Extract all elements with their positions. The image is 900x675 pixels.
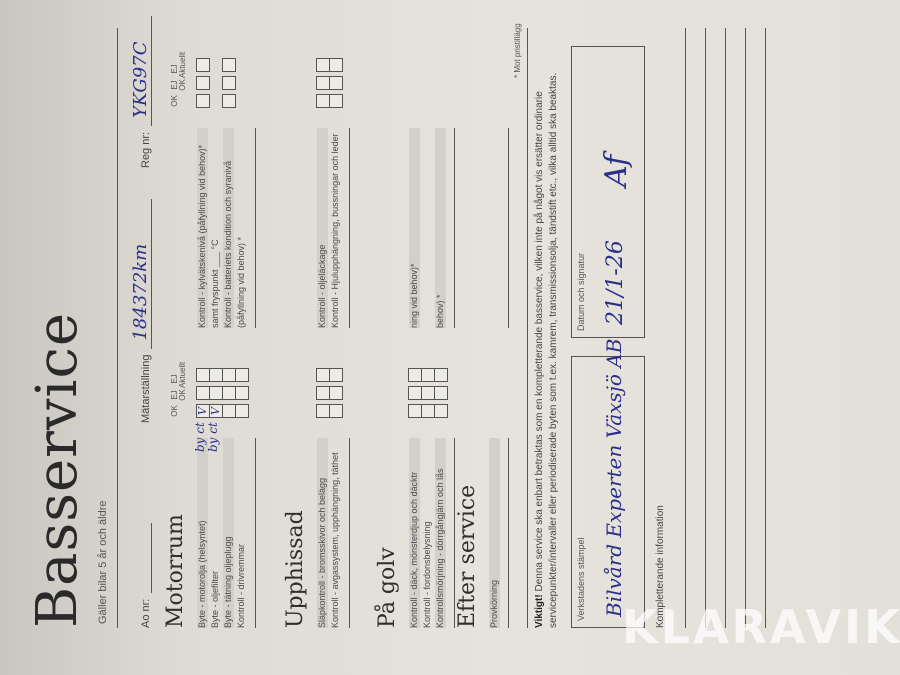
not-applicable-checkbox[interactable]	[329, 58, 343, 72]
not-ok-checkbox[interactable]	[434, 386, 448, 400]
column-header: EJ Aktuellt	[171, 370, 187, 388]
not-applicable-checkbox[interactable]	[222, 368, 236, 382]
date-signature-box: Datum och signatur 21/1-26 Af	[571, 46, 645, 338]
not-applicable-checkbox[interactable]	[434, 368, 448, 382]
info-line	[745, 28, 746, 628]
checklist-item: Provkörning	[489, 438, 500, 628]
not-ok-checkbox[interactable]	[209, 386, 223, 400]
column-header: EJ OK	[171, 386, 187, 404]
checkbox-group	[235, 368, 249, 418]
checklist-item: Kontroll - kylvätskenivå (påfyllning vid…	[197, 128, 208, 328]
checklist-item: Släpkontroll - bromsskivor och belägg	[317, 438, 328, 628]
checkbox-group: V	[209, 368, 223, 418]
checklist-item: behov) *	[435, 128, 446, 328]
ok-checkbox[interactable]	[196, 94, 210, 108]
checklist-item: Kontroll - avgassystem, upphängning, tät…	[330, 438, 341, 628]
checkbox-group	[329, 368, 343, 418]
not-ok-checkbox[interactable]	[421, 386, 435, 400]
section-title: Efter service	[455, 485, 480, 628]
not-ok-checkbox[interactable]	[329, 386, 343, 400]
checkbox-group	[222, 58, 236, 108]
checklist-item: Kontroll - oljeläckage	[317, 128, 328, 328]
not-ok-checkbox[interactable]	[316, 386, 330, 400]
checkbox-group	[421, 368, 435, 418]
ok-checkbox[interactable]: V	[196, 404, 210, 418]
checklist-item: (påfyllning vid behov) *	[236, 128, 247, 328]
not-ok-checkbox[interactable]	[222, 386, 236, 400]
checklist-item: Kontroll - Hjulupphängning, bussningar o…	[330, 128, 341, 328]
stamp-label: Verkstadens stämpel	[576, 537, 586, 621]
date-value: 21/1-26	[603, 240, 628, 325]
not-ok-checkbox[interactable]	[329, 76, 343, 90]
ok-checkbox[interactable]	[329, 404, 343, 418]
divider	[527, 28, 528, 628]
info-line	[725, 28, 726, 628]
checklist-item: Kontroll - fordonsbelysning	[422, 438, 433, 628]
divider	[349, 128, 350, 328]
info-line	[705, 28, 706, 628]
service-form: Basservice Gäller bilar 5 år och äldre A…	[15, 8, 885, 668]
stamp-handwriting: Bilvård Experten Växsjö AB	[602, 339, 626, 617]
divider	[117, 28, 118, 628]
section-title: Upphissad	[283, 510, 308, 628]
not-ok-checkbox[interactable]	[408, 386, 422, 400]
workshop-stamp-box: Verkstadens stämpel Bilvård Experten Väx…	[571, 356, 645, 628]
odometer-label: Mätarställning	[140, 355, 152, 423]
checklist-item: samt fryspunkt ___ °C	[210, 128, 221, 328]
price-note: * Mot pristillägg	[513, 23, 522, 78]
column-header: OK	[171, 402, 179, 420]
ao-field: Ao nr:	[133, 523, 152, 628]
not-applicable-checkbox[interactable]	[316, 368, 330, 382]
document-photo: Basservice Gäller bilar 5 år och äldre A…	[0, 0, 900, 675]
info-line	[765, 28, 766, 628]
divider	[508, 438, 509, 628]
checklist-item: Kontroll - däck, mönsterdjup och däcktr	[409, 438, 420, 628]
reg-field: Reg nr: YKG97C	[133, 16, 152, 168]
checkbox-group	[196, 58, 210, 108]
column-header: OK	[171, 92, 179, 110]
odometer-line: 184372km	[133, 199, 152, 349]
klaravik-watermark: KLARAVIK	[622, 600, 900, 654]
ao-label: Ao nr:	[140, 599, 152, 628]
not-ok-checkbox[interactable]	[196, 386, 210, 400]
ao-line	[133, 523, 152, 593]
not-applicable-checkbox[interactable]	[209, 368, 223, 382]
column-header: EJ OK	[171, 76, 187, 94]
ok-checkbox[interactable]	[222, 94, 236, 108]
ok-checkbox[interactable]	[421, 404, 435, 418]
not-ok-checkbox[interactable]	[196, 76, 210, 90]
not-applicable-checkbox[interactable]	[196, 58, 210, 72]
not-applicable-checkbox[interactable]	[408, 368, 422, 382]
checkbox-group	[222, 368, 236, 418]
important-label: Viktigt!	[534, 594, 545, 628]
checkbox-group	[329, 58, 343, 108]
divider	[255, 438, 256, 628]
checkbox-group	[316, 58, 330, 108]
divider	[508, 128, 509, 328]
checklist-item: Byte - oljefilter	[210, 438, 221, 628]
not-applicable-checkbox[interactable]	[196, 368, 210, 382]
info-line	[685, 28, 686, 628]
ok-checkbox[interactable]	[235, 404, 249, 418]
section-title: På golv	[375, 547, 400, 628]
not-ok-checkbox[interactable]	[316, 76, 330, 90]
reg-label: Reg nr:	[140, 132, 152, 168]
ok-checkbox[interactable]	[329, 94, 343, 108]
checklist-item: ning vid behov)*	[409, 128, 420, 328]
ok-checkbox[interactable]	[316, 94, 330, 108]
not-applicable-checkbox[interactable]	[235, 368, 249, 382]
form-subtitle: Gäller bilar 5 år och äldre	[97, 500, 109, 624]
divider	[454, 128, 455, 328]
ok-checkbox[interactable]	[434, 404, 448, 418]
reg-value: YKG97C	[130, 42, 151, 118]
ok-checkbox[interactable]: V	[209, 404, 223, 418]
column-header: EJ Aktuellt	[171, 60, 187, 78]
divider	[349, 438, 350, 628]
reg-line: YKG97C	[133, 16, 152, 126]
not-ok-checkbox[interactable]	[235, 386, 249, 400]
not-ok-checkbox[interactable]	[222, 76, 236, 90]
important-text: Denna service ska enbart betraktas som e…	[534, 73, 559, 628]
checkbox-group	[434, 368, 448, 418]
divider	[255, 128, 256, 328]
form-title: Basservice	[25, 312, 90, 628]
not-applicable-checkbox[interactable]	[421, 368, 435, 382]
signature-value: Af	[599, 155, 634, 187]
ok-checkbox[interactable]	[222, 404, 236, 418]
not-applicable-checkbox[interactable]	[222, 58, 236, 72]
checklist-item: Byte - tätning oljeplugg	[223, 438, 234, 628]
not-applicable-checkbox[interactable]	[329, 368, 343, 382]
checkbox-group	[316, 368, 330, 418]
checklist-item: Kontrollsmörjning - dörrgångjärn och lås	[435, 438, 446, 628]
section-title: Motorrum	[163, 514, 188, 628]
odometer-value: 184372km	[130, 244, 151, 341]
checklist-item: Byte - motorolja (helsyntet)	[197, 438, 208, 628]
ok-checkbox[interactable]	[316, 404, 330, 418]
checklist-item	[422, 128, 433, 328]
not-applicable-checkbox[interactable]	[316, 58, 330, 72]
odometer-field: Mätarställning 184372km	[133, 199, 152, 423]
date-signature-label: Datum och signatur	[576, 253, 586, 331]
ok-checkbox[interactable]	[408, 404, 422, 418]
checkbox-group	[408, 368, 422, 418]
checkbox-group: V	[196, 368, 210, 418]
checklist-item: Kontroll - batteriets kondition och syra…	[223, 128, 234, 328]
checklist-item: Kontroll - drivremmar	[236, 438, 247, 628]
important-note: Viktigt! Denna service ska enbart betrak…	[533, 48, 561, 628]
